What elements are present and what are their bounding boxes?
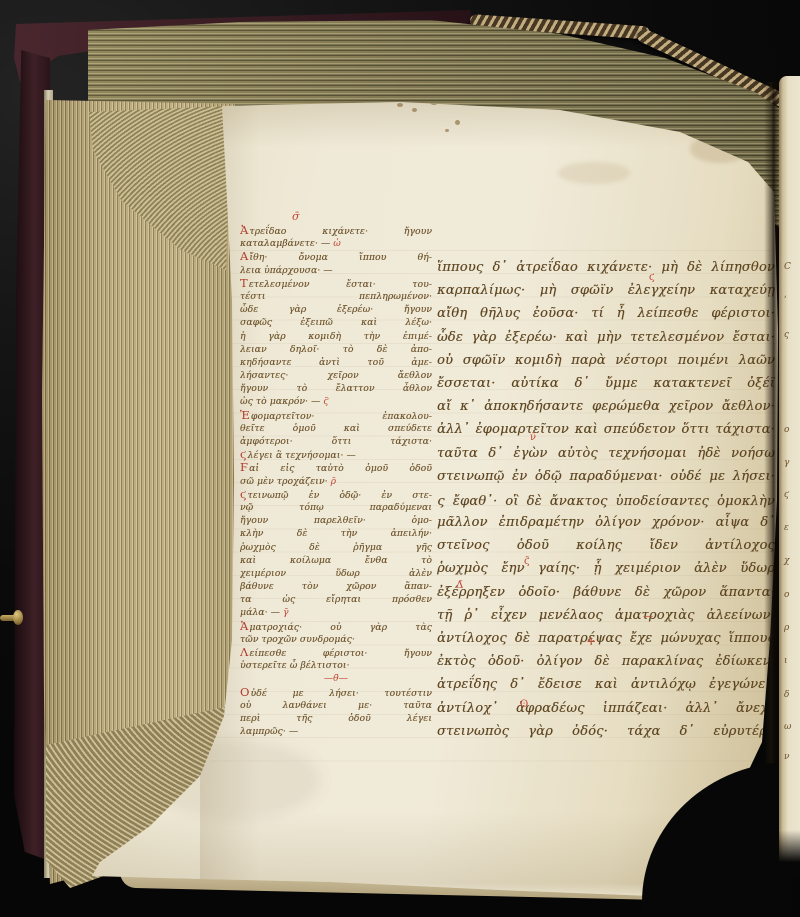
gloss-line: λήσαντες· χεῖρον ἄεθλον bbox=[240, 369, 432, 382]
gloss-line: λεια ὑπάρχουσα· — bbox=[240, 264, 432, 277]
verse-line: ἀλλ᾽ ἐφομαρτεῖτον καὶ σπεύδετον ὅττι τάχ… bbox=[437, 418, 775, 441]
gloss-line: ὡς τὸ μακρόν· — ϛ̄ bbox=[240, 395, 432, 408]
gloss-line: βάθυνε τὸν χῶρον ἅπαν- bbox=[240, 580, 432, 593]
facing-page-glyph: Ϲ bbox=[784, 262, 791, 272]
rubric-mark: ✛ bbox=[587, 637, 595, 648]
rubric-mark: ϛ bbox=[649, 272, 655, 283]
verse-line: ἐκτὸς ὁδοῦ· ὀλίγον δὲ παρακλίνας ἐδίωκεν… bbox=[437, 650, 775, 673]
verse-line: ἀντίλοχ᾽ ἀφραδέως ἱππάζεαι· ἀλλ᾽ ἄνεχ᾽ ἵ… bbox=[437, 697, 775, 720]
verse-line: ταῦτα δ᾽ ἐγὼν αὐτὸς τεχνήσομαι ἠδὲ νοήσω bbox=[437, 442, 775, 465]
verse-line: ὣς ἔφαθ᾽· οἳ δὲ ἄνακτος ὑποδείσαντες ὁμο… bbox=[437, 488, 775, 511]
rubric-mark: ϛ̄ bbox=[524, 556, 530, 567]
facing-page-glyph: ο bbox=[784, 425, 789, 435]
gloss-line: Ἐφομαρτεῖτον· ἐπακολου- bbox=[240, 409, 432, 422]
verse-line: ῥωχμὸς ἔην γαίης· ᾗ χειμέριον ἀλὲν ὕδωρ bbox=[437, 557, 775, 580]
gloss-line: ὑστερεῖτε ὦ βέλτιστοι· bbox=[240, 659, 432, 672]
gloss-line: Αἴθη· ὄνομα ἵππου θή- bbox=[240, 250, 432, 263]
verse-line: στεῖνος ὁδοῦ κοίλης ἴδεν ἀντίλοχος μενεχ… bbox=[437, 534, 775, 557]
gloss-line: τα ὡς εἴρηται πρόσθεν bbox=[240, 593, 432, 606]
gloss-line: Ϝαἱ εἰς ταὐτὸ ὁμοῦ ὁδοῦ bbox=[240, 461, 432, 474]
rubric-mark: Δ̄ bbox=[456, 580, 463, 591]
gloss-divider: —θ̄— bbox=[240, 672, 432, 685]
facing-page-glyph: ι bbox=[784, 656, 788, 666]
facing-page-glyph: δ bbox=[784, 690, 789, 700]
gloss-line: καὶ κοίλωμα ἔνθα τὸ bbox=[240, 554, 432, 567]
gloss-header-mark: σ̄ bbox=[292, 210, 300, 223]
main-text-block: ἵππους δ᾽ ἀτρεΐδαο κιχάνετε· μὴ δὲ λίπησ… bbox=[437, 256, 775, 743]
rubric-mark: ʘ bbox=[520, 699, 528, 710]
gloss-line: σῶ μὲν τροχάζειν· ρ̄ bbox=[240, 475, 432, 488]
gloss-line: κλὴν δὲ τὴν ἀπειλήν· bbox=[240, 527, 432, 540]
rubric-mark: — bbox=[643, 611, 653, 622]
gloss-line: ῥωχμὸς δὲ ῥῆγμα γῆς bbox=[240, 541, 432, 554]
page-speck bbox=[445, 129, 449, 132]
gloss-line: τῶν τροχῶν συνδρομάς· bbox=[240, 633, 432, 646]
rubric-mark: · bbox=[700, 705, 703, 716]
rubric-mark: ν̄ bbox=[530, 432, 536, 443]
facing-page-glyph: χ bbox=[784, 556, 789, 566]
facing-page-glyph: ρ bbox=[784, 623, 789, 633]
gloss-line: ϛλέγει ἃ τεχνήσομαι· — bbox=[240, 448, 432, 461]
gloss-line: ϛτεινωπῷ ἐν ὁδῷ· ἐν στε- bbox=[240, 488, 432, 501]
facing-page-edge: Ϲʹςογϛεχοριδων bbox=[779, 76, 800, 876]
gloss-line: Ἁματροχιάς· οὐ γὰρ τὰς bbox=[240, 620, 432, 633]
gloss-line: ὧδε γὰρ ἐξερέω· ἤγουν bbox=[240, 303, 432, 316]
verse-line: ἀντίλοχος δὲ παρατρέψας ἔχε μώνυχας ἵππο… bbox=[437, 627, 775, 650]
facing-page-glyph: ε bbox=[784, 523, 789, 533]
gloss-line: χειμέριον ὕδωρ ἀλὲν bbox=[240, 567, 432, 580]
facing-page-glyph: ς bbox=[784, 330, 789, 340]
gloss-line: ἤγουν παρελθεῖν· ὁμο- bbox=[240, 514, 432, 527]
gutter-shadow bbox=[764, 82, 780, 772]
gloss-line: λαμπρῶς· — bbox=[240, 725, 432, 738]
verse-line: ἀτρεΐδης δ᾽ ἔδεισε καὶ ἀντιλόχῳ ἐγεγώνει… bbox=[437, 673, 775, 696]
gloss-line: ἡ γὰρ κομιδὴ τὴν ἐπιμέ- bbox=[240, 330, 432, 343]
gloss-line: κηδήσαντε ἀντὶ τοῦ ἀμε- bbox=[240, 356, 432, 369]
gloss-line: Οὐδέ με λήσει· τουτέστιν bbox=[240, 686, 432, 699]
verse-line: ἵππους δ᾽ ἀτρεΐδαο κιχάνετε· μὴ δὲ λίπησ… bbox=[437, 256, 775, 279]
page-stain bbox=[558, 162, 630, 184]
verse-line: στεινωπῷ ἐν ὁδῷ παραδύμεναι· οὐδέ με λήσ… bbox=[437, 465, 775, 488]
page-speck bbox=[455, 120, 460, 125]
gloss-line: Τετελεσμένον ἔσται· του- bbox=[240, 277, 432, 290]
gloss-line: Λείπεσθε φέριστοι· ἤγουν bbox=[240, 646, 432, 659]
verse-line: στεινωπὸς γὰρ ὁδός· τάχα δ᾽ εὐρυτέρη παρ… bbox=[437, 720, 775, 743]
verse-line: αἴθη θῆλυς ἐοῦσα· τί ἦ λείπεσθε φέριστοι… bbox=[437, 302, 775, 325]
gloss-line: σαφῶς ἐξειπῶ καὶ λέξω· bbox=[240, 316, 432, 329]
gloss-line: λειαν δηλοῖ· τὸ δὲ ἀπο- bbox=[240, 343, 432, 356]
page-speck bbox=[412, 108, 417, 112]
clasp-pin bbox=[0, 602, 26, 632]
verse-line: μᾶλλον ἐπιδραμέτην ὀλίγον χρόνον· αἶψα δ… bbox=[437, 511, 775, 534]
gloss-line: ἤγουν τὸ ἔλαττον ἆθλον bbox=[240, 382, 432, 395]
gloss-line: νῷ τόπῳ παραδύμεναι bbox=[240, 501, 432, 514]
facing-page-bottom-fade bbox=[779, 830, 800, 876]
verse-line: ἔσσεται· αὐτίκα δ᾽ ὔμμε κατακτενεῖ ὀξέϊ … bbox=[437, 372, 775, 395]
gloss-line: οὐ λανθάνει με· ταῦτα bbox=[240, 699, 432, 712]
facing-page-glyph: ν bbox=[784, 752, 789, 762]
gloss-line: Ἀτρεΐδαο κιχάνετε· ἤγουν bbox=[240, 224, 432, 237]
verse-line: καρπαλίμως· μὴ σφῶϊν ἐλεγχείην καταχεύῃ bbox=[437, 279, 775, 302]
gloss-line: ἀμφότεροι· ὅττι τάχιστα· bbox=[240, 435, 432, 448]
verse-line: ἐξέρρηξεν ὁδοῖο· βάθυνε δὲ χῶρον ἅπαντα· bbox=[437, 581, 775, 604]
facing-page-glyph: ο bbox=[784, 590, 789, 600]
gloss-line: καταλαμβάνετε· — ὡ bbox=[240, 237, 432, 250]
facing-page-glyph: ʹ bbox=[784, 296, 787, 306]
gloss-line: θεῖτε ὁμοῦ καὶ σπεύδετε bbox=[240, 422, 432, 435]
gloss-line: μάλα· — γ̄ bbox=[240, 606, 432, 619]
pin-knob bbox=[13, 610, 23, 625]
facing-page-glyph: ω bbox=[784, 722, 791, 732]
verse-line: ὧδε γὰρ ἐξερέω· καὶ μὴν τετελεσμένον ἔστ… bbox=[437, 326, 775, 349]
verse-line: τῇ ῥ᾽ εἶχεν μενέλαος ἁματροχιὰς ἀλεείνων… bbox=[437, 604, 775, 627]
verse-line: αἴ κ᾽ ἀποκηδήσαντε φερώμεθα χεῖρον ἄεθλο… bbox=[437, 395, 775, 418]
page-speck bbox=[397, 103, 403, 107]
manuscript-photo: σ̄ Ἀτρεΐδαο κιχάνετε· ἤγουνκαταλαμβάνετε… bbox=[0, 0, 800, 917]
facing-page-glyph: γ bbox=[784, 458, 789, 468]
gloss-column: Ἀτρεΐδαο κιχάνετε· ἤγουνκαταλαμβάνετε· —… bbox=[240, 224, 432, 738]
verse-line: οὐ σφῶϊν κομιδὴ παρὰ νέστορι ποιμένι λαῶ… bbox=[437, 349, 775, 372]
gloss-line: περὶ τῆς ὁδοῦ λέγει bbox=[240, 712, 432, 725]
facing-page-glyph: ϛ bbox=[784, 490, 789, 500]
gloss-line: τέστι πεπληρωμένον· bbox=[240, 290, 432, 303]
